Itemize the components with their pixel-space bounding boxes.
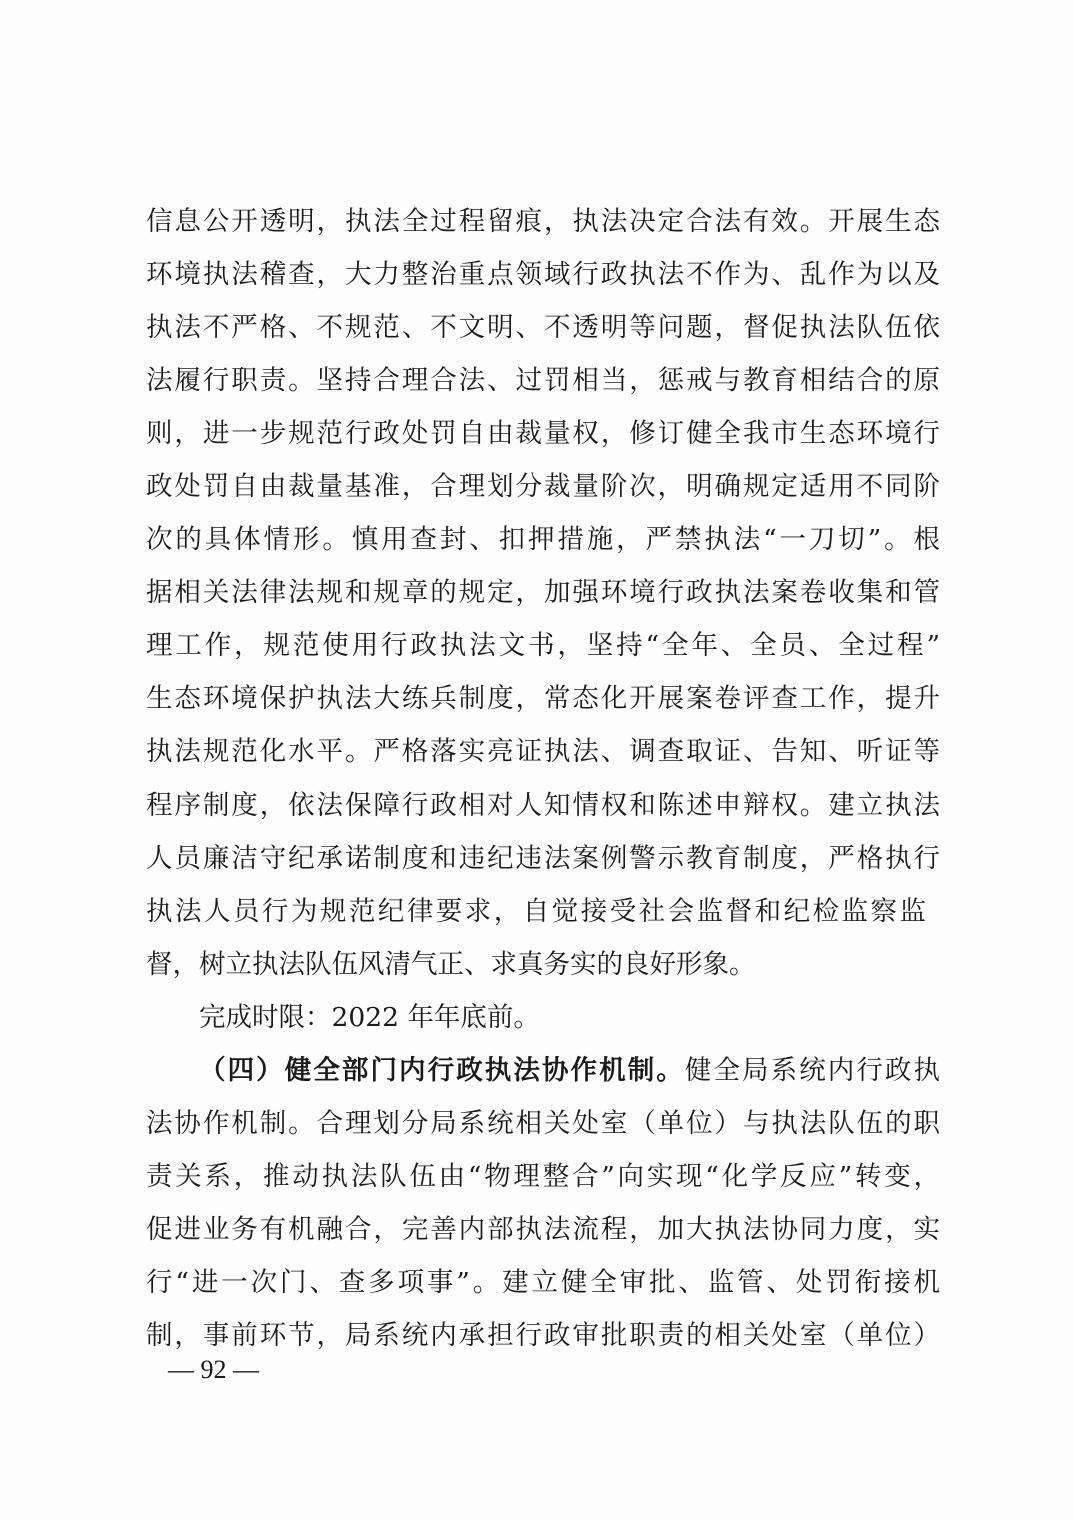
text-line: 据相关法律法规和规章的规定，加强环境行政执法案卷收集和管 bbox=[146, 573, 940, 613]
text-line: 责关系，推动执法队伍由“物理整合”向实现“化学反应”转变， bbox=[146, 1157, 940, 1197]
text-line: 执法不严格、不规范、不文明、不透明等问题，督促执法队伍依 bbox=[146, 308, 940, 348]
page-number: — 92 — bbox=[168, 1352, 259, 1388]
text-line: 程序制度，依法保障行政相对人知情权和陈述申辩权。建立执法 bbox=[146, 786, 940, 826]
text-line: 制，事前环节，局系统内承担行政审批职责的相关处室（单位） bbox=[146, 1316, 940, 1356]
text-line: 政处罚自由裁量基准，合理划分裁量阶次，明确规定适用不同阶 bbox=[146, 467, 940, 507]
text-line: 促进业务有机融合，完善内部执法流程，加大执法协同力度，实 bbox=[146, 1210, 940, 1250]
text-line: 执法规范化水平。严格落实亮证执法、调查取证、告知、听证等 bbox=[146, 732, 940, 772]
text-line: 信息公开透明，执法全过程留痕，执法决定合法有效。开展生态 bbox=[146, 202, 940, 242]
text-line: 督，树立执法队伍风清气正、求真务实的良好形象。 bbox=[146, 945, 756, 985]
text-line: 法协作机制。合理划分局系统相关处室（单位）与执法队伍的职 bbox=[146, 1104, 940, 1144]
section-4-heading: （四）健全部门内行政执法协作机制。 bbox=[199, 1055, 685, 1086]
text-line: 行“进一次门、查多项事”。建立健全审批、监管、处罚衔接机 bbox=[146, 1263, 940, 1303]
text-line: 法履行职责。坚持合理合法、过罚相当，惩戒与教育相结合的原 bbox=[146, 361, 940, 401]
text-line: 环境执法稽查，大力整治重点领域行政执法不作为、乱作为以及 bbox=[146, 255, 940, 295]
text-line: 生态环境保护执法大练兵制度，常态化开展案卷评查工作，提升 bbox=[146, 679, 940, 719]
deadline-text: 完成时限：2022 年年底前。 bbox=[199, 998, 540, 1038]
text-line: 次的具体情形。慎用查封、扣押措施，严禁执法“一刀切”。根 bbox=[146, 520, 940, 560]
text-line: 则，进一步规范行政处罚自由裁量权，修订健全我市生态环境行 bbox=[146, 414, 940, 454]
document-page: 信息公开透明，执法全过程留痕，执法决定合法有效。开展生态 环境执法稽查，大力整治… bbox=[0, 0, 1074, 1520]
text-line: 理工作，规范使用行政执法文书，坚持“全年、全员、全过程” bbox=[146, 626, 940, 666]
section-4-text: 健全局系统内行政执 bbox=[685, 1055, 940, 1086]
section-4-first-line: （四）健全部门内行政执法协作机制。健全局系统内行政执 bbox=[199, 1051, 940, 1091]
text-line: 执法人员行为规范纪律要求，自觉接受社会监督和纪检监察监 bbox=[146, 892, 926, 932]
text-line: 人员廉洁守纪承诺制度和违纪违法案例警示教育制度，严格执行 bbox=[146, 839, 940, 879]
